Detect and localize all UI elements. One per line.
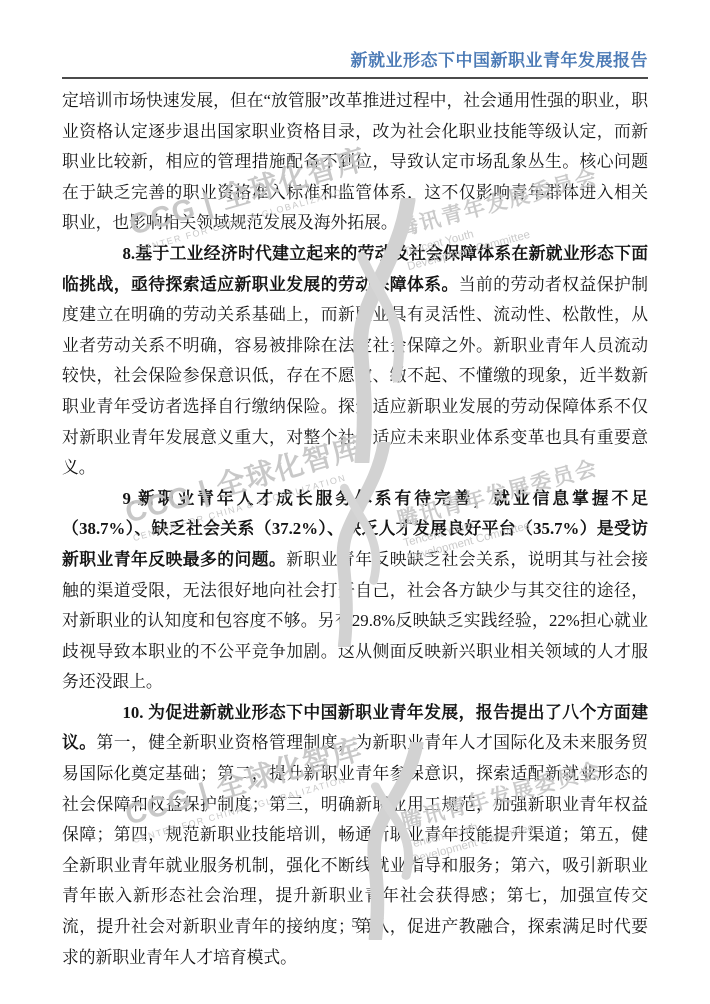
paragraph: 9.新职业青年人才成长服务体系有待完善，就业信息掌握不足（38.7%）、缺乏社会… bbox=[62, 484, 648, 698]
page-number: 5 bbox=[0, 916, 710, 932]
page-header-title: 新就业形态下中国新职业青年发展报告 bbox=[62, 46, 648, 71]
header-divider bbox=[62, 77, 648, 79]
paragraph: 8.基于工业经济时代建立起来的劳动及社会保障体系在新就业形态下面临挑战，亟待探索… bbox=[62, 239, 648, 484]
paragraph-text: 当前的劳动者权益保护制度建立在明确的劳动关系基础上，而新职业具有灵活性、流动性、… bbox=[62, 275, 648, 478]
paragraph-text: 新职业青年反映缺乏社会关系，说明其与社会接触的渠道受限，无法很好地向社会打开自己… bbox=[62, 550, 648, 691]
paragraph: 定培训市场快速发展，但在“放管服”改革推进过程中，社会通用性强的职业，职业资格认… bbox=[62, 86, 648, 239]
paragraph-text: 定培训市场快速发展，但在“放管服”改革推进过程中，社会通用性强的职业，职业资格认… bbox=[62, 91, 648, 232]
document-body: 定培训市场快速发展，但在“放管服”改革推进过程中，社会通用性强的职业，职业资格认… bbox=[62, 86, 648, 973]
report-page: 新就业形态下中国新职业青年发展报告 定培训市场快速发展，但在“放管服”改革推进过… bbox=[0, 0, 710, 1004]
